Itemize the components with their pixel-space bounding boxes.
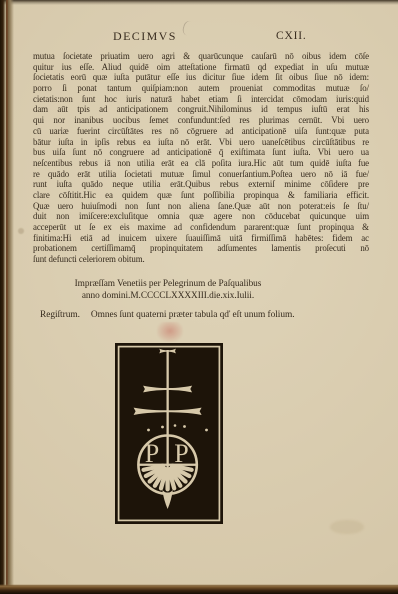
registrum-text: Omnes ſunt quaterni præter tabula qď eſt… [91,310,295,320]
device-letter-p-left: P [145,439,159,468]
scanned-book-page: DECIMVS CXII. mutua ſocietate priuatim u… [0,0,398,594]
body-text-line: acceperūt ut ſe ex eis maxime ad confide… [33,222,369,233]
registrum: Regiſtrum. Omnes ſunt quaterni præter ta… [40,310,295,320]
body-text-line: bātur iuſta in ipſis rebus ea iuſta nō e… [33,137,369,148]
body-text-line: porro ſi ponat tantum quiſpiam:non autem… [33,83,369,94]
body-text-line: dam aūt tpis ad anticipationem congruit.… [33,104,369,115]
registrum-label: Regiſtrum. [40,310,80,320]
body-text-line: clare cōſtitit.Hic ea quidem quæ ſunt po… [33,190,369,201]
library-stamp [157,322,183,342]
paper-stain [330,520,364,534]
body-text-line: probationem certiſſimamq̄ propinquitatem… [33,243,369,254]
pencil-mark [181,19,198,37]
body-text-line: cū uariæ fuerint circūſtātes res nō cōgr… [33,126,369,137]
body-text-line: Quæ uero huiuſmodi non ſunt non aliena ſ… [33,201,369,212]
body-text-line: qui nor inanibus uocibus ſemet confundun… [33,115,369,126]
colophon-line-2: anno domini.M.CCCCLXXXXIII.die.xix.Iulii… [52,291,284,303]
body-text-line: cietatis:non ſunt hoc iuris naturā habet… [33,94,369,105]
body-text-line: neſcentibus rebus iā non utilia erāt ea … [33,158,369,169]
body-text-line: runt iuſta quādo neque utilia erāt.Quibu… [33,179,369,190]
page-top-shadow [0,0,398,5]
body-text-line: mutua ſocietate priuatim uero agri & qua… [33,51,369,62]
running-title: DECIMVS [113,29,177,44]
folio-number: CXII. [276,30,307,42]
book-edge-shadow [0,584,398,594]
colophon-line-1: Impræſſam Venetiis per Pelegrinum de Paſ… [52,279,284,291]
printer-device-mark: P P [115,343,223,524]
paper-stain [18,228,24,234]
body-text-line: duit non imiſcere:excluſitque omnia quæ … [33,211,369,222]
body-text-line: re quādo erāt utilia ſocietati mutuæ ſim… [33,169,369,180]
body-text-line: finitima:Hi etiā ad inuicem uixere ſuaui… [33,233,369,244]
body-text-line: ſocietatis eorū quæ iuſta putātur eſſe i… [33,72,369,83]
device-letter-p-right: P [174,439,188,468]
body-text-line: ſunt defuncti celeriorem obitum. [33,254,369,265]
body-text-line: quitur ius eſſe. Aliud quidē oim atteſta… [33,62,369,73]
colophon: Impræſſam Venetiis per Pelegrinum de Paſ… [52,279,284,303]
body-text-line: bus uiſa ſunt nō congruere ad anticipati… [33,147,369,158]
body-text-block: mutua ſocietate priuatim uero agri & qua… [33,51,369,265]
gutter-line [6,0,8,594]
